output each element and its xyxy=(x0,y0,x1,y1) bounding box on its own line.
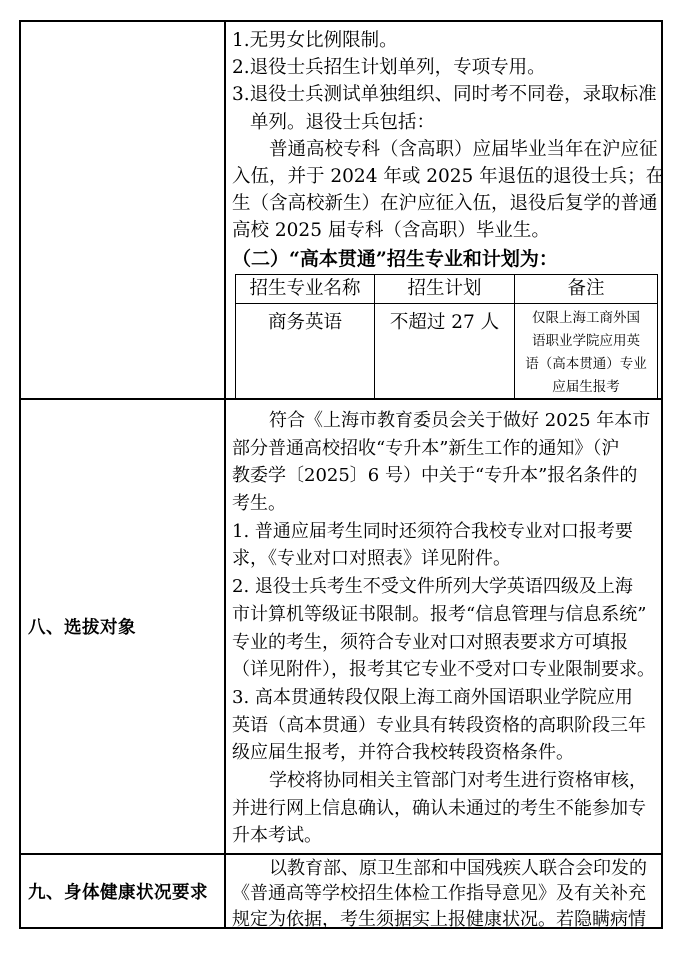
text-line: 2. 退役士兵考生不受文件所列大学英语四级及上海 xyxy=(232,573,661,601)
selection-target-text: 符合《上海市教育委员会关于做好 2025 年本市部分普通高校招收“专升本”新生工… xyxy=(232,407,661,850)
text-line: 生（含高校新生）在沪应征入伍，退役后复学的普通 xyxy=(232,190,661,217)
text-line: 专业的考生，须符合专业对口对照表要求方可填报 xyxy=(232,629,661,657)
text-line: 升本考试。 xyxy=(232,822,661,850)
row1-content-cell: 1.无男女比例限制。2.退役士兵招生计划单列，专项专用。3.退役士兵测试单独组织… xyxy=(226,22,661,400)
text-line: 部分普通高校招收“专升本”新生工作的通知》（沪 xyxy=(232,435,661,463)
text-line: 符合《上海市教育委员会关于做好 2025 年本市 xyxy=(232,407,661,435)
text-line: 考生。 xyxy=(232,490,661,518)
text-line: 1.无男女比例限制。 xyxy=(232,27,661,54)
text-line: 普通高校专科（含高职）应届毕业当年在沪应征 xyxy=(232,136,661,163)
text-line: 语（高本贯通）专业 xyxy=(515,353,657,376)
gaoben-section-heading: （二）“高本贯通”招生专业和计划为： xyxy=(232,245,661,274)
text-line: 规定为依据，考生须据实上报健康状况。若隐瞒病情 xyxy=(232,907,661,927)
column-header-note: 备注 xyxy=(515,275,657,304)
text-line: 2.退役士兵招生计划单列，专项专用。 xyxy=(232,54,661,81)
text-line: 并进行网上信息确认，确认未通过的考生不能参加专 xyxy=(232,795,661,823)
note-cell: 仅限上海工商外国语职业学院应用英语（高本贯通）专业应届生报考 xyxy=(515,304,657,399)
text-line: 3. 高本贯通转段仅限上海工商外国语职业学院应用 xyxy=(232,684,661,712)
text-line: 1. 普通应届考生同时还须符合我校专业对口报考要 xyxy=(232,518,661,546)
section-9-label: 九、身体健康状况要求 xyxy=(28,879,208,904)
document-page: 1.无男女比例限制。2.退役士兵招生计划单列，专项专用。3.退役士兵测试单独组织… xyxy=(0,0,684,960)
text-line: 仅限上海工商外国 xyxy=(515,307,657,330)
text-line: 求，《专业对口对照表》详见附件。 xyxy=(232,545,661,573)
section-8-label: 八、选拔对象 xyxy=(28,614,136,639)
text-line: 级应届生报考，并符合我校转段资格条件。 xyxy=(232,739,661,767)
text-line: （详见附件），报考其它专业不受对口专业限制要求。 xyxy=(232,656,661,684)
text-line: 高校 2025 届专科（含高职）毕业生。 xyxy=(232,217,661,244)
text-line: 单列。退役士兵包括： xyxy=(232,109,661,136)
column-header-major: 招生专业名称 xyxy=(236,275,375,304)
text-line: 应届生报考 xyxy=(515,376,657,399)
text-line: 教委学〔2025〕6 号）中关于“专升本”报名条件的 xyxy=(232,462,661,490)
text-line: 英语（高本贯通）专业具有转段资格的高职阶段三年 xyxy=(232,712,661,740)
veteran-soldier-rules-text: 1.无男女比例限制。2.退役士兵招生计划单列，专项专用。3.退役士兵测试单独组织… xyxy=(232,27,661,245)
row2-content-cell: 符合《上海市教育委员会关于做好 2025 年本市部分普通高校招收“专升本”新生工… xyxy=(226,400,661,855)
health-requirement-text: 以教育部、原卫生部和中国残疾人联合会印发的《普通高等学校招生体检工作指导意见》及… xyxy=(232,856,661,927)
text-line: 3.退役士兵测试单独组织、同时考不同卷，录取标准 xyxy=(232,81,661,108)
row2-label-cell: 八、选拔对象 xyxy=(21,400,226,855)
row3-label-cell: 九、身体健康状况要求 xyxy=(21,855,226,927)
text-line: 市计算机等级证书限制。报考“信息管理与信息系统” xyxy=(232,601,661,629)
major-name-cell: 商务英语 xyxy=(236,304,375,399)
column-header-plan: 招生计划 xyxy=(375,275,515,304)
plan-quota-cell: 不超过 27 人 xyxy=(375,304,515,399)
text-line: 《普通高等学校招生体检工作指导意见》及有关补充 xyxy=(232,881,661,906)
row3-content-cell: 以教育部、原卫生部和中国残疾人联合会印发的《普通高等学校招生体检工作指导意见》及… xyxy=(226,855,661,927)
text-line: 入伍，并于 2024 年或 2025 年退伍的退役士兵；在校 xyxy=(232,163,661,190)
admissions-requirements-table: 1.无男女比例限制。2.退役士兵招生计划单列，专项专用。3.退役士兵测试单独组织… xyxy=(19,20,663,929)
gaoben-plan-table: 招生专业名称 招生计划 备注 商务英语 不超过 27 人 仅限上海工商外国语职业… xyxy=(235,274,658,400)
row1-label-cell xyxy=(21,22,226,400)
text-line: 语职业学院应用英 xyxy=(515,330,657,353)
text-line: 以教育部、原卫生部和中国残疾人联合会印发的 xyxy=(232,856,661,881)
text-line: 学校将协同相关主管部门对考生进行资格审核， xyxy=(232,767,661,795)
